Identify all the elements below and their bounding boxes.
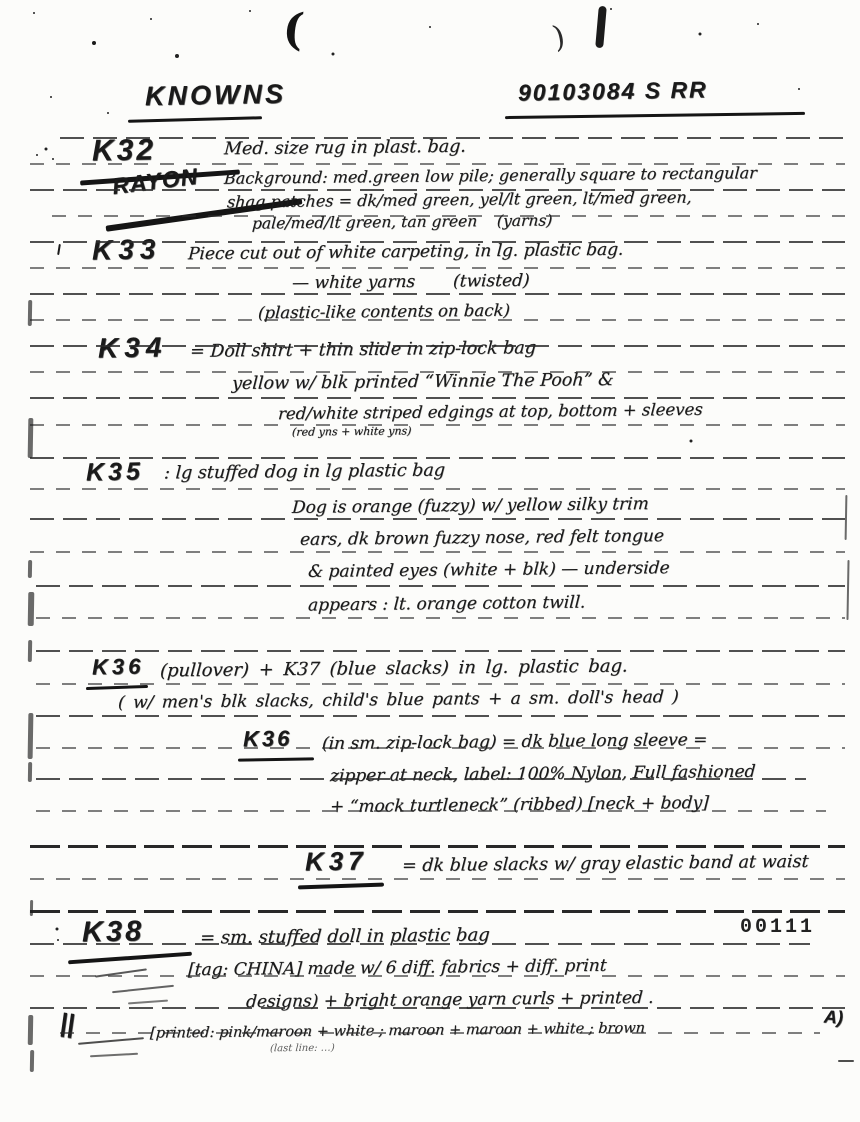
ruled-line: [36, 617, 845, 619]
ruled-line: [36, 683, 845, 685]
scan-artifact-edge-mark: [28, 762, 32, 782]
page-title: KNOWNS: [145, 81, 286, 110]
scan-artifact-edge-mark: [28, 418, 34, 458]
scan-artifact-edge-mark: [845, 495, 848, 540]
k36-line: (in sm. zip-lock bag) = dk blue long sle…: [322, 732, 708, 753]
ruled-line: [30, 975, 845, 977]
ruled-line: [30, 241, 845, 243]
k37-text: = dk blue slacks w/ gray elastic band at…: [401, 854, 809, 876]
scan-artifact-dash: [838, 1060, 854, 1062]
entry-label-k34: K34: [98, 333, 168, 362]
entry-label-k37: K37: [305, 847, 368, 874]
k35-line: appears : lt. orange cotton twill.: [308, 595, 586, 615]
entry-label-k32: K32: [92, 135, 157, 166]
scan-artifact-tick: [57, 244, 61, 255]
ruled-line: [30, 457, 845, 459]
k32-title: Med. size rug in plast. bag.: [223, 139, 466, 159]
scan-artifact-edge-mark: [28, 592, 35, 626]
k33-line: Piece cut out of white carpeting, in lg.…: [188, 242, 624, 264]
margin-scribble: [128, 1000, 168, 1005]
case-number-underline: [505, 112, 805, 119]
ruled-line: [36, 585, 845, 587]
k34-line: = Doll shirt + thin slide in zip-lock ba…: [189, 340, 536, 361]
k36-heading-underline: [86, 685, 148, 690]
ruled-line: [36, 747, 845, 749]
k38-underline: [68, 952, 192, 965]
scan-artifact-edge-mark: [28, 1015, 34, 1045]
k33-line: — white yarns (twisted): [292, 273, 531, 292]
scan-artifact-edge-mark: [28, 560, 32, 578]
ruled-line: [30, 910, 845, 913]
k36-line: + “mock turtleneck” (ribbed) [neck + bod…: [330, 795, 710, 816]
ruled-line: [30, 189, 845, 191]
scan-artifact-edge-mark: [30, 1050, 34, 1072]
ruled-line: [60, 137, 845, 139]
margin-scribble: [90, 1053, 138, 1058]
k38-line-faint: (last line: …): [270, 1044, 335, 1055]
ruled-line: [30, 345, 845, 347]
ruled-line: [60, 1032, 820, 1034]
scan-artifact-edge-mark: [28, 640, 32, 662]
case-number: 90103084 S RR: [518, 78, 708, 104]
ruled-line: [30, 397, 845, 399]
margin-scribble: [112, 985, 174, 993]
ruled-line: [30, 319, 845, 321]
k32-desc-line: shag patches = dk/med green, yel/lt gree…: [227, 190, 693, 211]
ruled-line: [30, 845, 845, 848]
ruled-line: [30, 163, 845, 165]
ruled-line: [30, 878, 845, 880]
scan-artifact-ink-bar: [595, 6, 607, 49]
ruled-line: [30, 518, 845, 520]
scan-artifact-edge-mark: [28, 300, 32, 326]
ruled-line: [36, 810, 826, 812]
page-number-stamp: 00111: [740, 918, 815, 938]
k35-line: ears, dk brown fuzzy nose, red felt tong…: [300, 528, 665, 549]
k35-line: & painted eyes (white + blk) — underside: [308, 560, 671, 581]
ruled-line: [36, 650, 845, 652]
entry-label-k35: K35: [86, 459, 144, 485]
ruled-line: [30, 424, 845, 426]
k36-underline: [238, 757, 314, 761]
margin-letter: A): [823, 1007, 843, 1026]
k36k37-heading: (pullover) + K37 (blue slacks) in lg. pl…: [159, 658, 628, 681]
ruled-line: [30, 488, 845, 490]
k36k37-contents-line: ( w/ men's blk slacks, child's blue pant…: [118, 689, 680, 712]
k32-tag-rayon: RAYON: [111, 165, 200, 198]
ruled-line: [36, 715, 845, 717]
k36-line: zipper at neck, label: 100% Nylon, Full …: [330, 764, 756, 785]
k37-underline: [298, 883, 384, 890]
margin-scribble: [78, 1037, 144, 1045]
k35-line: Dog is orange (fuzzy) w/ yellow silky tr…: [292, 496, 650, 517]
scan-artifact-edge-mark: [30, 900, 33, 916]
ruled-line: [52, 215, 845, 217]
scan-artifact-paren-right: ): [549, 19, 568, 56]
scan-artifact-paren-left: (: [280, 3, 306, 56]
scan-artifact-edge-mark: [846, 560, 849, 620]
k32-desc-line: Background: med.green low pile; generall…: [224, 165, 758, 187]
scanned-document-page: ( ) KNOWNS 90103084 S RR K32 Med. size r…: [0, 0, 860, 1122]
title-underline: [128, 116, 262, 123]
ruled-line: [30, 1007, 845, 1009]
k34-line-small: (red yns + white yns): [292, 425, 412, 437]
k35-line: : lg stuffed dog in lg plastic bag: [163, 463, 445, 483]
ruled-line: [30, 371, 845, 373]
entry-label-k36-heading: K36: [92, 656, 145, 679]
ruled-line: [30, 293, 845, 295]
ruled-line: [30, 943, 810, 945]
k34-line: red/white striped edgings at top, bottom…: [278, 402, 704, 423]
entry-label-k33: K33: [92, 235, 162, 264]
scan-artifact-edge-mark: [28, 713, 34, 759]
ruled-line: [30, 267, 845, 269]
ruled-line: [36, 778, 806, 780]
ruled-line: [30, 551, 845, 553]
scan-artifact-dots: [0, 0, 2, 2]
k34-line: yellow w/ blk printed “Winnie The Pooh” …: [231, 372, 614, 394]
